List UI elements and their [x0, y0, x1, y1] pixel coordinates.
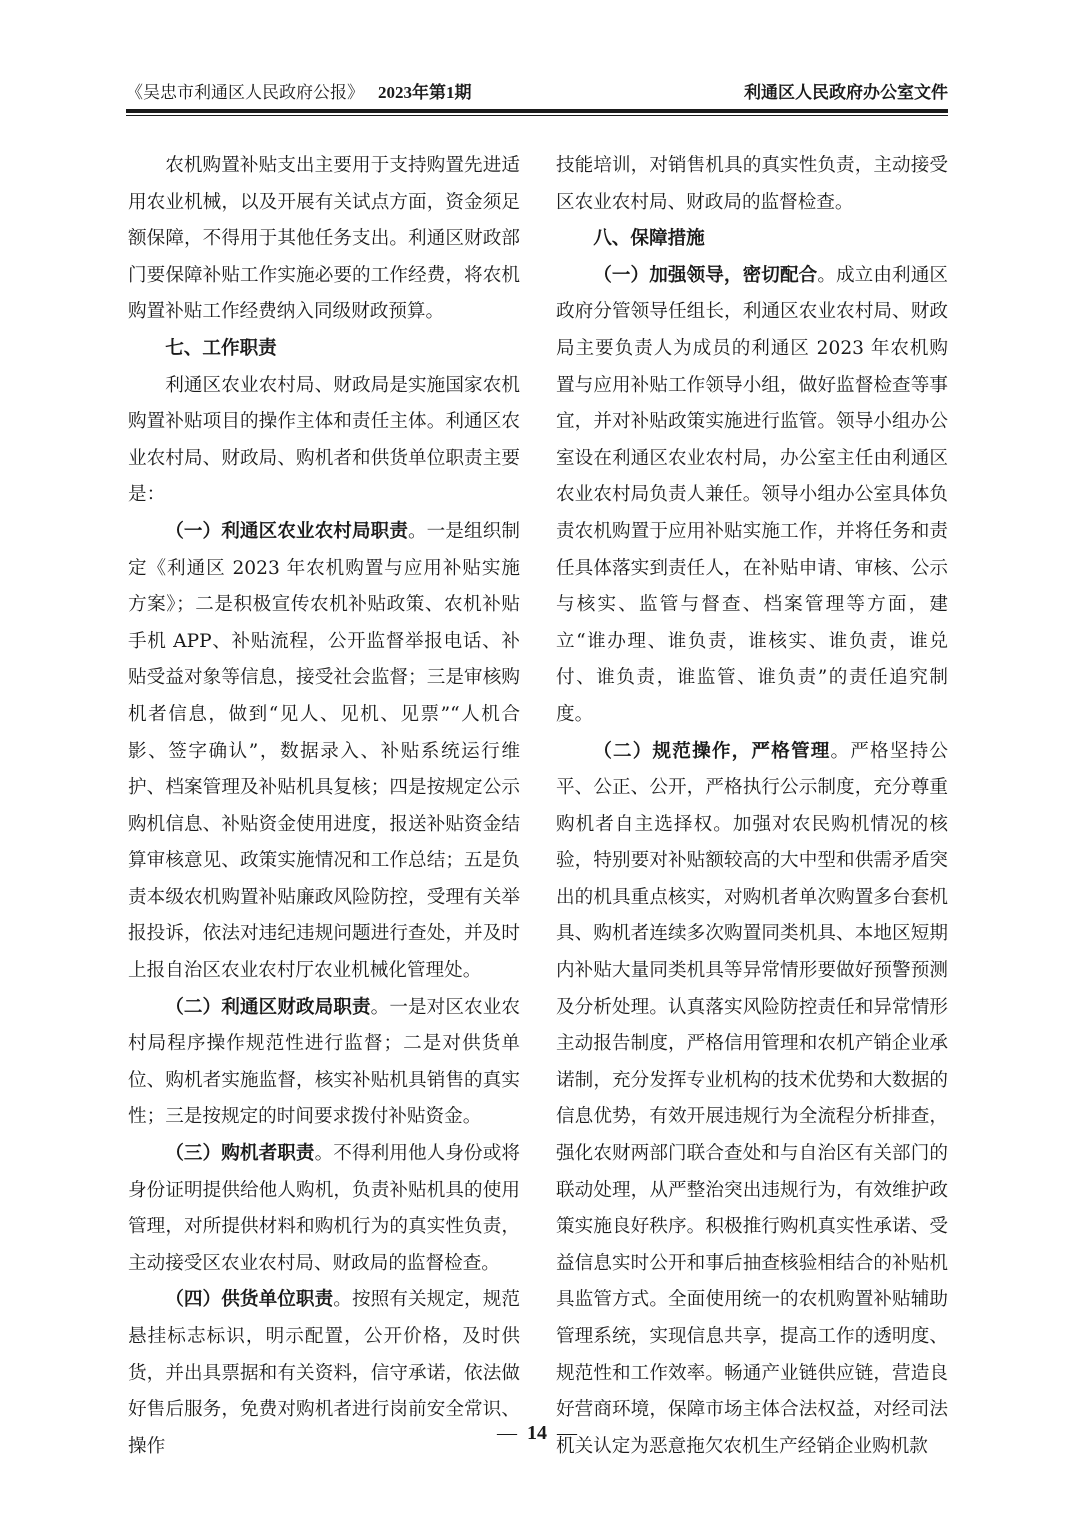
paragraph-finance-bureau: （二）利通区财政局职责。一是对区农业农村局程序操作规范性进行监督；二是对供货单位… [128, 990, 520, 1136]
subheading-leadership: （一）加强领导，密切配合 [593, 265, 817, 286]
subheading-supplier: （四）供货单位职责 [165, 1289, 333, 1310]
page-footer: —14— [0, 1422, 1074, 1445]
header-rule-thin [126, 115, 948, 116]
paragraph-subsidy-expenditure: 农机购置补贴支出主要用于支持购置先进适用农业机械，以及开展有关试点方面，资金须足… [128, 148, 520, 331]
right-column: 技能培训，对销售机具的真实性负责，主动接受区农业农村局、财政局的监督检查。 八、… [556, 148, 948, 1465]
header-rule-thick [126, 109, 948, 113]
footer-dash-left: — [497, 1422, 517, 1444]
paragraph-supplier-continued: 技能培训，对销售机具的真实性负责，主动接受区农业农村局、财政局的监督检查。 [556, 148, 948, 221]
subheading-finance-bureau: （二）利通区财政局职责 [165, 997, 370, 1018]
publication-title: 《吴忠市利通区人民政府公报》2023年第1期 [126, 78, 472, 103]
body-leadership: 。成立由利通区政府分管领导任组长，利通区农业农村局、财政局主要负责人为成员的利通… [556, 265, 948, 725]
paragraph-leadership: （一）加强领导，密切配合。成立由利通区政府分管领导任组长，利通区农业农村局、财政… [556, 258, 948, 734]
paragraph-purchaser: （三）购机者职责。不得利用他人身份或将身份证明提供给他人购机，负责补贴机具的使用… [128, 1136, 520, 1282]
subheading-agriculture-bureau: （一）利通区农业农村局职责 [165, 521, 408, 542]
paragraph-responsibilities-intro: 利通区农业农村局、财政局是实施国家农机购置补贴项目的操作主体和责任主体。利通区农… [128, 368, 520, 514]
page-header: 《吴忠市利通区人民政府公报》2023年第1期 利通区人民政府办公室文件 [126, 78, 948, 102]
paragraph-management: （二）规范操作，严格管理。严格坚持公平、公正、公开，严格执行公示制度，充分尊重购… [556, 734, 948, 1466]
body-agriculture-bureau: 。一是组织制定《利通区 2023 年农机购置与应用补贴实施方案》；二是积极宣传农… [128, 521, 520, 981]
subheading-management: （二）规范操作，严格管理 [593, 741, 830, 762]
publication-name: 《吴忠市利通区人民政府公报》 [126, 83, 364, 103]
body-management: 。严格坚持公平、公正、公开，严格执行公示制度，充分尊重购机者自主选择权。加强对农… [556, 741, 948, 1457]
office-document-label: 利通区人民政府办公室文件 [744, 78, 948, 103]
paragraph-agriculture-bureau: （一）利通区农业农村局职责。一是组织制定《利通区 2023 年农机购置与应用补贴… [128, 514, 520, 990]
left-column: 农机购置补贴支出主要用于支持购置先进适用农业机械，以及开展有关试点方面，资金须足… [128, 148, 520, 1465]
issue-number: 2023年第1期 [378, 83, 472, 102]
section-heading-7: 七、工作职责 [128, 331, 520, 368]
footer-dash-right: — [557, 1422, 577, 1444]
page-number: 14 [527, 1422, 547, 1444]
section-heading-8: 八、保障措施 [556, 221, 948, 258]
subheading-purchaser: （三）购机者职责 [165, 1143, 314, 1164]
